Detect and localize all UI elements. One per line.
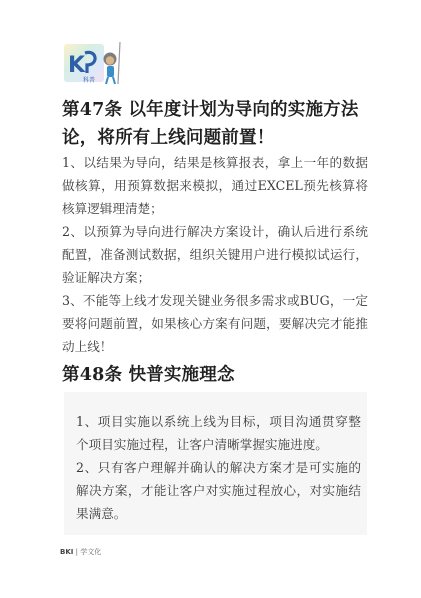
footer-brand: BKI — [60, 548, 73, 556]
paragraph: 2、只有客户理解并确认的解决方案才是可实施的解决方案，才能让客户对实施过程放心，… — [76, 456, 361, 525]
footer-text: 学文化 — [80, 548, 101, 556]
section-48-body: 1、项目实施以系统上线为目标，项目沟通贯穿整个项目实施过程，让客户清晰掌握实施进… — [76, 410, 361, 525]
page-footer: BKI | 学文化 — [60, 547, 101, 557]
kp-logo-icon: K 科普 — [63, 39, 127, 87]
section-heading-47: 第47条 以年度计划为导向的实施方法论，将所有上线问题前置！ — [62, 96, 372, 152]
svg-text:K: K — [68, 53, 86, 78]
section-48-callout-box: 1、项目实施以系统上线为目标，项目沟通贯穿整个项目实施过程，让客户清晰掌握实施进… — [64, 392, 367, 535]
svg-text:科普: 科普 — [83, 76, 95, 84]
paragraph: 3、不能等上线才发现关键业务很多需求或BUG，一定要将问题前置，如果核心方案有问… — [62, 289, 368, 358]
section-heading-48: 第48条 快普实施理念 — [62, 363, 235, 387]
paragraph: 2、以预算为导向进行解决方案设计，确认后进行系统配置，准备测试数据，组织关键用户… — [62, 220, 368, 289]
logo: K 科普 — [63, 39, 127, 87]
paragraph: 1、项目实施以系统上线为目标，项目沟通贯穿整个项目实施过程，让客户清晰掌握实施进… — [76, 410, 361, 456]
paragraph: 1、以结果为导向，结果是核算报表，拿上一年的数据做核算，用预算数据来模拟，通过E… — [62, 151, 368, 220]
section-47-body: 1、以结果为导向，结果是核算报表，拿上一年的数据做核算，用预算数据来模拟，通过E… — [62, 151, 368, 358]
